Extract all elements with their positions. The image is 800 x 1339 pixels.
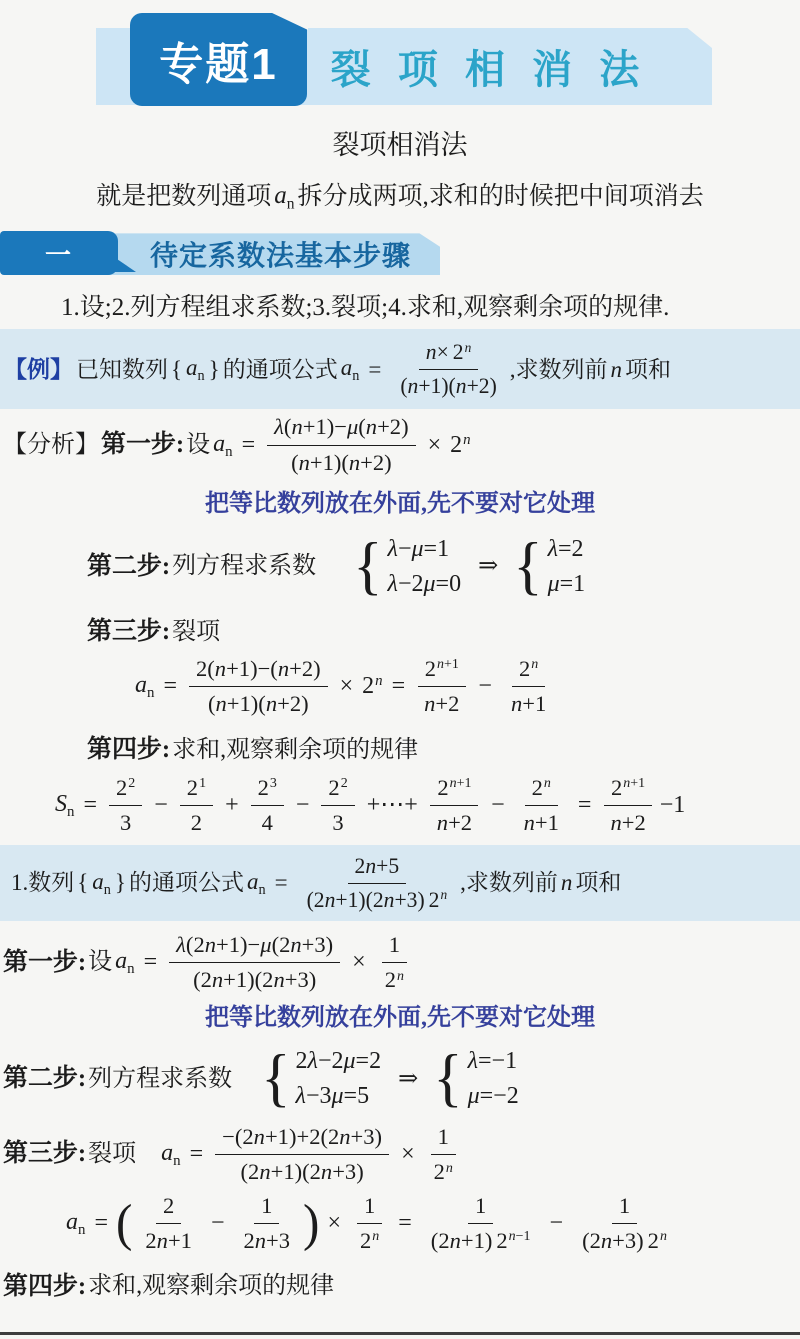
section-number: 一 [45, 235, 73, 272]
math-variable: an [135, 669, 154, 703]
math-fraction: 2n+1n+2 [430, 772, 479, 839]
example-box: 【例】已知数列{an}的通项公式an=n×2n(n+1)(n+2),求数列前n项… [0, 329, 800, 409]
math-text: = [144, 946, 158, 978]
step-label: 第三步: [87, 615, 170, 649]
math-power: 2n [532, 775, 551, 800]
implies-arrow: ⇒ [478, 550, 498, 582]
math-fraction: 2n+1n+2 [417, 653, 466, 720]
step-label: 第三步: [3, 1137, 86, 1171]
p1-step3: 第三步:裂项an=−(2n+1)+2(2n+3)(2n+1)(2n+3)×12n [0, 1121, 800, 1188]
math-fraction: 2nn+1 [504, 653, 553, 720]
math-text: = [242, 429, 256, 461]
header-badge-label: 专题1 [159, 28, 277, 92]
step-label: 第一步: [3, 946, 86, 980]
analysis-line: 【分析】第一步:设an=λ(n+1)−μ(n+2)(n+1)(n+2)×2n [0, 411, 800, 478]
math-text: − [491, 789, 505, 821]
text: 裂项 [172, 616, 220, 648]
math-fraction: 1(2n+3)2n [575, 1190, 674, 1257]
math-fraction: 2n+5(2n+1)(2n+3)2n [300, 851, 455, 915]
math-text: 1 [389, 932, 400, 957]
math-variable: Sn [55, 788, 74, 822]
note-2: 把等比数列放在外面,先不要对它处理 [0, 1002, 800, 1034]
math-text: 4 [262, 810, 273, 835]
math-text: = [368, 354, 381, 385]
eq-step3-title: 第三步:裂项 [0, 615, 800, 649]
text: 的通项公式 [223, 354, 338, 385]
right-paren: ) [303, 1200, 319, 1246]
worksheet-page: 裂 项 相 消 法 专题1 裂项相消法 就是把数列通项an拆分成两项,求和的时候… [0, 0, 800, 1339]
math-fraction: λ(2n+1)−μ(2n+3)(2n+1)(2n+3) [169, 929, 340, 996]
math-text: × [401, 1138, 415, 1170]
math-fraction: 12n [427, 1121, 460, 1188]
brace-icon: { [433, 1050, 462, 1108]
section-title: 待定系数法基本步骤 [150, 234, 411, 274]
math-text: n+1 [524, 810, 559, 835]
math-text: + [225, 789, 239, 821]
math-variable: an [161, 1137, 180, 1171]
eq-step3-formula: an=2(n+1)−(n+2)(n+1)(n+2)×2n=2n+1n+2−2nn… [0, 653, 800, 720]
math-text: (2n+1)(2n+3) [241, 1159, 364, 1184]
example-tag: 【例】 [4, 354, 73, 385]
section-header: 待定系数法基本步骤 一 [0, 231, 800, 277]
math-power: 23 [258, 775, 277, 800]
math-power: 2n+1 [425, 656, 459, 681]
math-text: = [94, 1207, 108, 1239]
text: 求和,观察剩余项的规律 [172, 734, 418, 766]
math-text: × [340, 670, 354, 702]
header-badge: 专题1 [130, 13, 307, 106]
math-text: − [154, 789, 168, 821]
text: 列方程求系数 [172, 550, 316, 582]
math-text: × [428, 429, 442, 461]
text: 1.数列 [11, 867, 74, 898]
math-variable: an [247, 866, 266, 900]
step-label: 第四步: [87, 733, 170, 767]
equation-system: {λ−μ=1λ−2μ=0 [353, 532, 463, 602]
math-fraction: λ(n+1)−μ(n+2)(n+1)(n+2) [267, 411, 415, 478]
math-text: 2λ−2μ=2 [296, 1048, 382, 1074]
p1-step4: 第四步:求和,观察剩余项的规律 [0, 1270, 800, 1304]
math-fraction: 2n+1n+2 [603, 772, 652, 839]
spacer [137, 1154, 159, 1155]
math-fraction: 212 [180, 772, 213, 839]
step-label: 第一步: [101, 428, 184, 462]
math-variable: an [115, 945, 134, 979]
math-text: = [163, 670, 177, 702]
math-fraction: 22n+1 [138, 1190, 199, 1257]
math-text: = [190, 1138, 204, 1170]
math-text: { [171, 354, 182, 385]
math-variable: an [66, 1206, 85, 1240]
math-power: 22 [116, 775, 135, 800]
math-text: = [392, 670, 406, 702]
math-text: { [77, 867, 88, 898]
math-text: 3 [120, 810, 131, 835]
math-fraction: 12n [378, 929, 411, 996]
math-text: n× [426, 340, 449, 364]
math-power: 2n [434, 1159, 453, 1184]
math-text: 2(n+1)−(n+2) [196, 656, 321, 681]
step-label: 第四步: [3, 1270, 86, 1304]
math-variable: an [92, 866, 111, 900]
math-text: 2n+1 [145, 1228, 192, 1253]
brace-icon: { [513, 538, 542, 596]
math-power: 2n+1 [437, 775, 471, 800]
text: 已知数列 [76, 354, 168, 385]
math-text: − [211, 1207, 225, 1239]
math-power: 2n+1 [611, 775, 645, 800]
math-text: × [327, 1207, 341, 1239]
math-text: λ−μ=1 [388, 536, 450, 562]
text: 项和 [625, 354, 671, 385]
math-power: 2n [385, 967, 404, 992]
math-text: − [550, 1207, 564, 1239]
step-label: 第二步: [3, 1062, 86, 1096]
math-power: 2n [360, 1228, 379, 1253]
math-text: } [209, 354, 220, 385]
math-fraction: n×2n(n+1)(n+2) [393, 337, 503, 401]
math-variable: an [274, 179, 294, 215]
eq-step4-title: 第四步:求和,观察剩余项的规律 [0, 733, 800, 767]
note-1: 把等比数列放在外面,先不要对它处理 [0, 488, 800, 520]
spacer [233, 1078, 255, 1079]
text: ,求数列前 [460, 867, 558, 898]
text: 设 [186, 429, 210, 461]
math-fraction: 12n+3 [236, 1190, 297, 1257]
math-text: n+1 [511, 691, 546, 716]
math-text: −(2n+1)+2(2n+3) [222, 1124, 382, 1149]
step-label: 第二步: [87, 550, 170, 584]
math-text: 2 [191, 810, 202, 835]
math-power: 2n [519, 656, 538, 681]
math-text: 2n+5 [355, 854, 400, 878]
text: 1.设;2.列方程组求系数;3.裂项;4.求和,观察剩余项的规律. [61, 291, 669, 325]
steps-list: 1.设;2.列方程组求系数;3.裂项;4.求和,观察剩余项的规律. [0, 291, 800, 325]
math-text: λ=2 [548, 536, 584, 562]
math-text: × [352, 946, 366, 978]
text: 项和 [575, 867, 621, 898]
math-power: 2n [648, 1228, 667, 1253]
math-text: μ=1 [548, 571, 586, 597]
math-text: μ=−2 [468, 1083, 519, 1109]
math-text: −1 [660, 789, 686, 821]
math-power: 22 [328, 775, 347, 800]
math-power: 2n [362, 670, 382, 702]
math-text: n+2 [610, 810, 645, 835]
text: 拆分成两项,求和的时候把中间项消去 [298, 180, 704, 214]
math-text: (2n+1)(2n+3) [193, 967, 316, 992]
text: 就是把数列通项 [96, 180, 271, 214]
text: ,求数列前 [510, 354, 608, 385]
math-variable: an [213, 428, 232, 462]
text: 设 [88, 946, 112, 978]
text: 求和,观察剩余项的规律 [88, 1270, 334, 1302]
math-text: λ(n+1)−μ(n+2) [274, 414, 408, 439]
math-text: 1 [364, 1193, 375, 1218]
math-text: = [578, 789, 592, 821]
math-text: 2n+3 [243, 1228, 290, 1253]
p1-step2: 第二步:列方程求系数{2λ−2μ=2λ−3μ=5⇒{λ=−1μ=−2 [0, 1044, 800, 1114]
math-fraction: 223 [109, 772, 142, 839]
math-text: 3 [332, 810, 343, 835]
subtitle: 裂项相消法 [0, 123, 800, 162]
math-text: (n+1)(n+2) [208, 691, 309, 716]
math-fraction: 2nn+1 [517, 772, 566, 839]
math-text: n [611, 354, 623, 385]
math-text: 1 [261, 1193, 272, 1218]
math-text: (2n+1)(2n+3) [307, 888, 425, 912]
p1-step1: 第一步:设an=λ(2n+1)−μ(2n+3)(2n+1)(2n+3)×12n [0, 929, 800, 996]
math-fraction: 1(2n+1)2n−1 [424, 1190, 538, 1257]
math-fraction: 234 [251, 772, 284, 839]
math-text: λ=−1 [468, 1048, 518, 1074]
header-title: 裂 项 相 消 法 [331, 38, 647, 95]
p1-formula: an=(22n+1−12n+3)×12n=1(2n+1)2n−1−1(2n+3)… [0, 1190, 800, 1257]
math-text: (2n+3) [582, 1228, 644, 1253]
math-power: 2n−1 [496, 1228, 530, 1253]
math-power: 21 [187, 775, 206, 800]
math-power: 2n [450, 429, 470, 461]
equation-system: {λ=−1μ=−2 [433, 1044, 521, 1114]
bottom-rule [0, 1332, 800, 1335]
section-number-badge: 一 [0, 231, 118, 275]
math-text: − [478, 670, 492, 702]
math-text: n+2 [437, 810, 472, 835]
spacer [317, 566, 347, 567]
brace-icon: { [261, 1050, 290, 1108]
brace-icon: { [353, 538, 382, 596]
math-text: } [115, 867, 126, 898]
math-text: = [83, 789, 97, 821]
problem1-box: 1.数列{an}的通项公式an=2n+5(2n+1)(2n+3)2n,求数列前n… [0, 845, 800, 921]
math-variable: an [186, 352, 205, 386]
math-text: 1 [475, 1193, 486, 1218]
math-text: (2n+1) [431, 1228, 493, 1253]
implies-arrow: ⇒ [398, 1063, 418, 1095]
equation-system: {λ=2μ=1 [513, 532, 587, 602]
text: 【分析】 [3, 429, 99, 461]
intro-line: 就是把数列通项an拆分成两项,求和的时候把中间项消去 [0, 179, 800, 215]
math-power: 2n [453, 340, 472, 364]
math-text: n [561, 867, 573, 898]
text: 裂项 [88, 1138, 136, 1170]
math-text: +⋯+ [367, 789, 418, 821]
eq-step2: 第二步:列方程求系数{λ−μ=1λ−2μ=0⇒{λ=2μ=1 [0, 532, 800, 602]
math-fraction: 2(n+1)−(n+2)(n+1)(n+2) [189, 653, 328, 720]
math-text: λ(2n+1)−μ(2n+3) [176, 932, 333, 957]
math-text: λ−2μ=0 [388, 571, 462, 597]
math-text: (n+1)(n+2) [291, 450, 392, 475]
eq-sn: Sn=223−212+234−223+⋯+2n+1n+2−2nn+1=2n+1n… [0, 772, 800, 839]
left-paren: ( [116, 1200, 132, 1246]
text: 把等比数列放在外面,先不要对它处理 [205, 1002, 595, 1034]
math-text: 1 [438, 1124, 449, 1149]
math-text: = [275, 867, 288, 898]
math-power: 2n [429, 888, 448, 912]
math-text: (n+1)(n+2) [400, 374, 496, 398]
math-text: n+2 [424, 691, 459, 716]
text: 的通项公式 [129, 867, 244, 898]
math-text: λ−3μ=5 [296, 1083, 370, 1109]
page-header: 裂 项 相 消 法 专题1 [0, 0, 800, 110]
math-fraction: 223 [321, 772, 354, 839]
equation-system: {2λ−2μ=2λ−3μ=5 [261, 1044, 383, 1114]
math-fraction: −(2n+1)+2(2n+3)(2n+1)(2n+3) [215, 1121, 389, 1188]
math-text: − [296, 789, 310, 821]
math-text: = [398, 1207, 412, 1239]
math-variable: an [341, 352, 360, 386]
math-text: 2 [163, 1193, 174, 1218]
text: 把等比数列放在外面,先不要对它处理 [205, 488, 595, 520]
math-text: 1 [619, 1193, 630, 1218]
text: 列方程求系数 [88, 1063, 232, 1095]
math-fraction: 12n [353, 1190, 386, 1257]
